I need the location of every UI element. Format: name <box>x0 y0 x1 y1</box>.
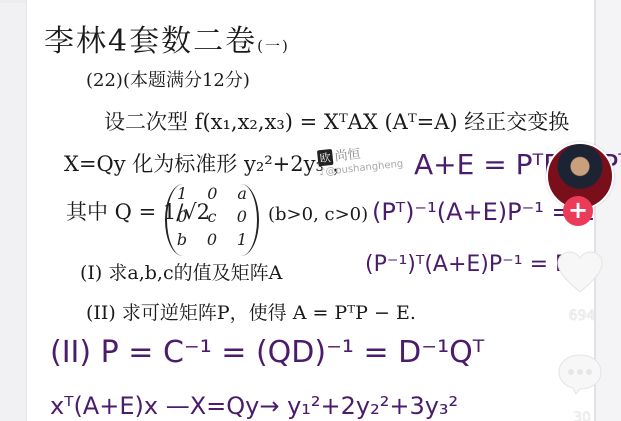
problem-header: (22)(本题满分12分) <box>86 66 250 92</box>
note-4: (II) P = C⁻¹ = (QD)⁻¹ = D⁻¹Qᵀ <box>50 335 484 370</box>
problem-line-4: X=Qy 化为标准形 y₂²+2y₃²， <box>64 148 353 178</box>
matrix-q: 10a 0c0 b01 <box>165 184 259 256</box>
watermark-name: 尚恒 <box>334 147 361 165</box>
matrix-condition: (b>0, c>0) <box>268 204 368 225</box>
heart-icon[interactable] <box>556 250 604 294</box>
part-1: (I) 求a,b,c的值及矩阵A <box>80 258 282 285</box>
problem-line-3: 设二次型 f(x₁,x₂,x₃) = XᵀAX (Aᵀ=A) 经正交变换 <box>104 106 569 136</box>
matrix-row: 0c0 <box>167 207 257 230</box>
comment-icon[interactable] <box>556 352 604 396</box>
board-title: 李林4套数二卷(一) <box>44 16 290 60</box>
part-2: (II) 求可逆矩阵P，使得 A = PᵀP − E. <box>86 298 416 325</box>
note-5: xᵀ(A+E)x —X=Qy→ y₁²+2y₂²+3y₃² <box>50 392 458 420</box>
matrix-row: 10a <box>167 184 257 207</box>
follow-button[interactable]: + <box>563 196 593 226</box>
note-3: (P⁻¹)ᵀ(A+E)P⁻¹ = E <box>365 252 569 277</box>
like-count: 694 <box>562 308 602 324</box>
title-suffix: (一) <box>257 37 290 55</box>
title-text: 李林4套数二卷 <box>44 24 257 59</box>
comment-count: 30 <box>562 410 602 421</box>
matrix-row: b01 <box>167 230 257 253</box>
watermark-logo-icon: 欧 <box>317 149 334 166</box>
